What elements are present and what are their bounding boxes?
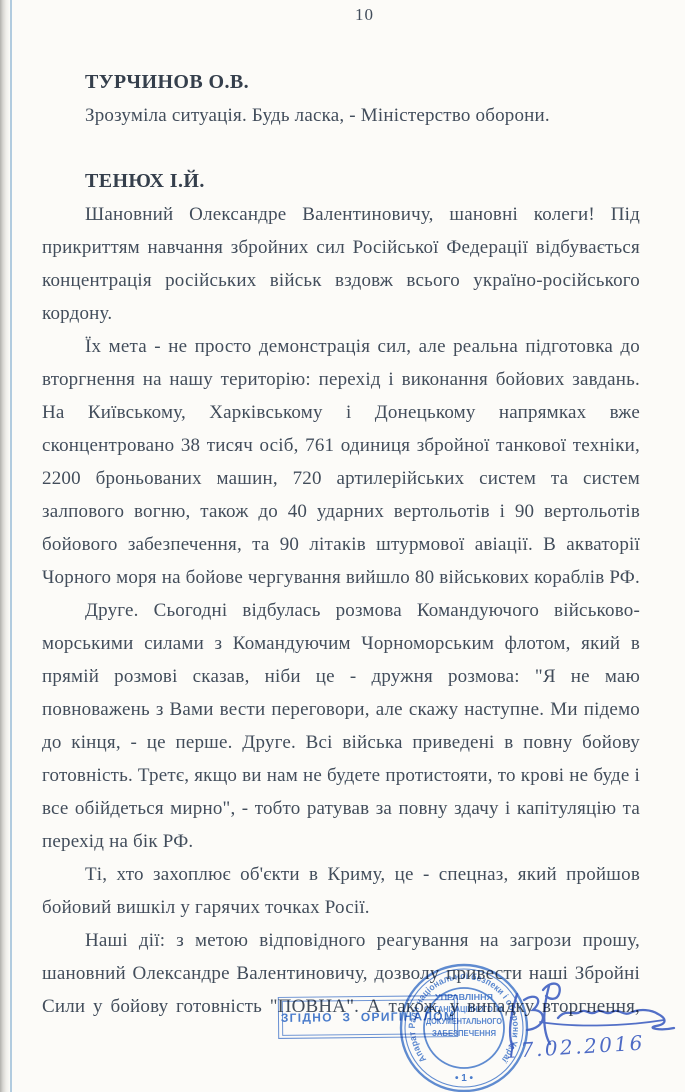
paragraph: Ті, хто захоплює об'єкти в Криму, це - с… <box>42 858 640 924</box>
page-number: 10 <box>0 5 685 25</box>
certified-copy-stamp-box: ЗГІДНО З ОРИГІНАЛОМ <box>278 995 458 1039</box>
transcript-body: ТУРЧИНОВ О.В. Зрозуміла ситуація. Будь л… <box>42 53 640 1023</box>
seal-bottom-mark: • 1 • <box>455 1073 474 1084</box>
document-page: 10 ТУРЧИНОВ О.В. Зрозуміла ситуація. Буд… <box>0 0 685 1092</box>
certified-copy-stamp-label: ЗГІДНО З ОРИГІНАЛОМ <box>281 1009 456 1025</box>
paragraph: Шановний Олександре Валентиновичу, шанов… <box>42 198 640 330</box>
handwritten-date: 17.02.2016 <box>505 1031 646 1063</box>
paragraph: Їх мета - не просто демонстрація сил, ал… <box>42 330 640 594</box>
speaker-heading-turchynov: ТУРЧИНОВ О.В. <box>42 66 640 99</box>
scan-edge-blue-line <box>10 0 12 1092</box>
scan-edge-shadow <box>0 0 10 1092</box>
paragraph: Друге. Сьогодні відбулась розмова Команд… <box>42 594 640 858</box>
speaker-heading-tenyukh: ТЕНЮХ І.Й. <box>42 165 640 198</box>
paragraph: Зрозуміла ситуація. Будь ласка, - Мініст… <box>42 99 640 132</box>
